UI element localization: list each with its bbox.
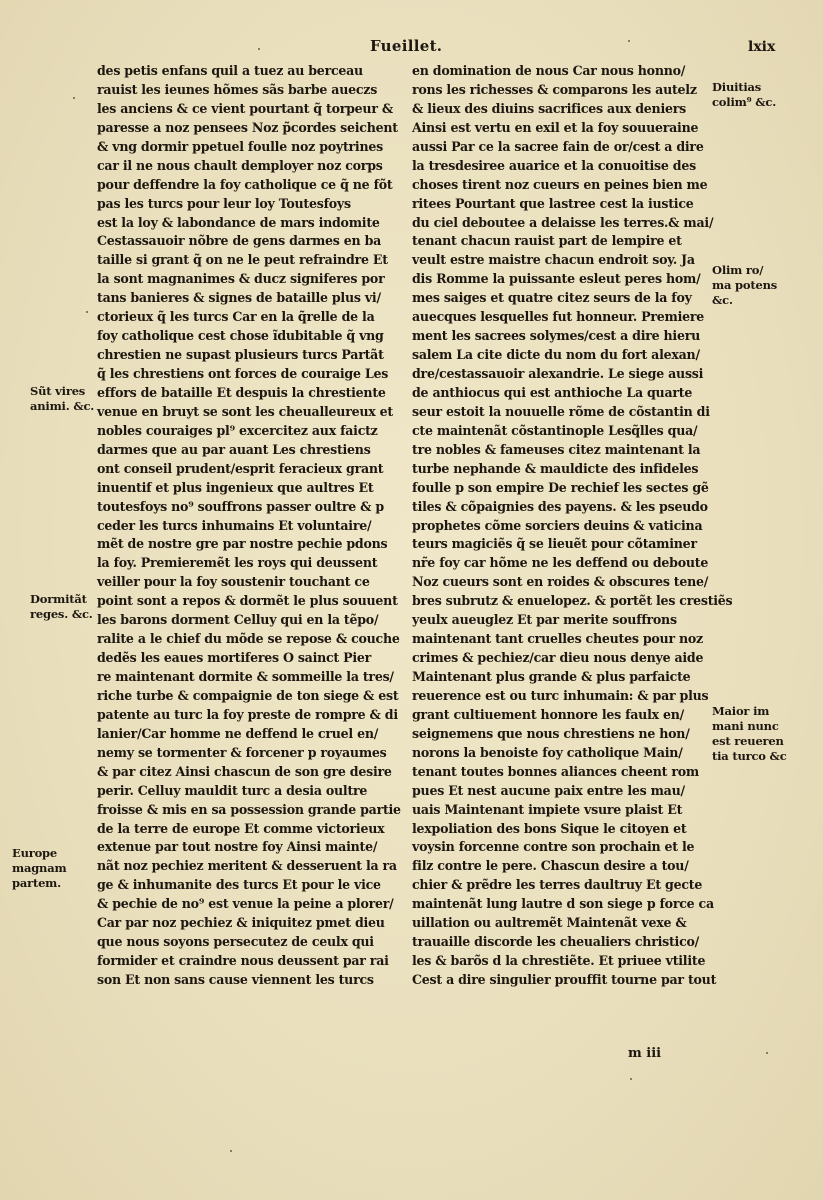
ink-speck <box>258 48 260 50</box>
text-line: foy catholique cest chose ĩdubitable q̃ … <box>97 327 407 346</box>
folio-number: lxix <box>748 39 775 55</box>
text-line: chrestien ne supast plusieurs turcs Part… <box>97 346 407 365</box>
margin-note-line: Diuitias <box>712 80 776 95</box>
text-line: nãt noz pechiez meritent & desseruent la… <box>97 857 407 876</box>
text-line: venue en bruyt se sont les cheualleureux… <box>97 403 407 422</box>
text-line: car il ne nous chault demployer noz corp… <box>97 157 407 176</box>
text-line: nemy se tormenter & forcener p royaumes <box>97 744 407 763</box>
text-column-left: des petis enfans quil a tuez au berceaur… <box>97 62 407 990</box>
margin-note-line: Sũt vires <box>30 384 94 399</box>
text-line: ritees Pourtant que lastree cest la iust… <box>412 195 702 214</box>
text-line: la foy. Premieremẽt les roys qui deussen… <box>97 554 407 573</box>
text-line: son Et non sans cause viennent les turcs <box>97 971 407 990</box>
margin-note-right-1: Diuitias colim⁹ &c. <box>712 80 776 110</box>
text-line: & pechie de no⁹ est venue la peine a plo… <box>97 895 407 914</box>
text-line: turbe nephande & mauldicte des infideles <box>412 460 702 479</box>
margin-note-line: Olim ro/ <box>712 263 777 278</box>
text-line: effors de bataille Et despuis la chresti… <box>97 384 407 403</box>
text-line: tenant chacun rauist part de lempire et <box>412 232 702 251</box>
text-line: maintenant tant cruelles cheutes pour no… <box>412 630 702 649</box>
margin-note-line: animi. &c. <box>30 399 94 414</box>
text-line: & lieux des diuins sacrifices aux denier… <box>412 100 702 119</box>
margin-note-line: magnam <box>12 861 66 876</box>
text-line: ctorieux q̃ les turcs Car en la q̃relle … <box>97 308 407 327</box>
text-line: tans banieres & signes de bataille plus … <box>97 289 407 308</box>
text-line: yeulx aueuglez Et par merite souffrons <box>412 611 702 630</box>
text-line: q̃ les chrestiens ont forces de couraige… <box>97 365 407 384</box>
margin-note-left-1: Sũt vires animi. &c. <box>30 384 94 414</box>
text-line: du ciel deboutee a delaisse les terres.&… <box>412 214 702 233</box>
text-line: froisse & mis en sa possession grande pa… <box>97 801 407 820</box>
text-line: aussi Par ce la sacree fain de or/cest a… <box>412 138 702 157</box>
text-line: chier & prẽdre les terres daultruy Et ge… <box>412 876 702 895</box>
text-line: la sont magnanimes & ducz signiferes por <box>97 270 407 289</box>
margin-note-left-2: Dormitãt reges. &c. <box>30 592 93 622</box>
text-line: pour deffendre la foy catholique ce q̃ n… <box>97 176 407 195</box>
margin-note-right-2: Olim ro/ ma potens &c. <box>712 263 777 308</box>
ink-speck <box>628 40 630 42</box>
text-line: ge & inhumanite des turcs Et pour le vic… <box>97 876 407 895</box>
text-line: auecques lesquelles fut honneur. Premier… <box>412 308 702 327</box>
text-line: & par citez Ainsi chascun de son gre des… <box>97 763 407 782</box>
text-line: riche turbe & compaignie de ton siege & … <box>97 687 407 706</box>
text-line: taille si grant q̃ on ne le peut refrain… <box>97 251 407 270</box>
text-line: toutesfoys no⁹ souffrons passer oultre &… <box>97 498 407 517</box>
text-column-right: en domination de nous Car nous honno/ron… <box>412 62 702 990</box>
text-line: cte maintenãt cõstantinople Lesq̃lles qu… <box>412 422 702 441</box>
text-line: point sont a repos & dormẽt le plus souu… <box>97 592 407 611</box>
text-line: bres subrutz & enuelopez. & portẽt les c… <box>412 592 702 611</box>
text-line: choses tirent noz cueurs en peines bien … <box>412 176 702 195</box>
text-line: uais Maintenant impiete vsure plaist Et <box>412 801 702 820</box>
text-line: les & barõs d la chrestiẽte. Et priuee v… <box>412 952 702 971</box>
text-line: lanier/Car homme ne deffend le cruel en/ <box>97 725 407 744</box>
text-line: seur estoit la nouuelle rõme de cõstanti… <box>412 403 702 422</box>
text-line: est la loy & labondance de mars indomite <box>97 214 407 233</box>
text-line: teurs magiciẽs q̃ se lieuẽt pour cõtamin… <box>412 535 702 554</box>
text-line: mẽt de nostre gre par nostre pechie pdon… <box>97 535 407 554</box>
text-line: ralite a le chief du mõde se repose & co… <box>97 630 407 649</box>
margin-note-line: Europe <box>12 846 66 861</box>
text-line: ceder les turcs inhumains Et voluntaire/ <box>97 517 407 536</box>
margin-note-line: mani nunc <box>712 719 787 734</box>
margin-note-line: Dormitãt <box>30 592 93 607</box>
text-line: patente au turc la foy preste de rompre … <box>97 706 407 725</box>
text-line: Noz cueurs sont en roides & obscures ten… <box>412 573 702 592</box>
margin-note-line: partem. <box>12 876 66 891</box>
text-line: lexpoliation des bons Sique le citoyen e… <box>412 820 702 839</box>
signature-mark: m iii <box>628 1046 661 1061</box>
margin-note-line: Maior im <box>712 704 787 719</box>
text-line: que nous soyons persecutez de ceulx qui <box>97 933 407 952</box>
text-line: darmes que au par auant Les chrestiens <box>97 441 407 460</box>
text-line: paresse a noz pensees Noz p̃cordes seich… <box>97 119 407 138</box>
ink-speck <box>86 311 88 313</box>
ink-speck <box>766 1052 768 1054</box>
margin-note-line: est reueren <box>712 734 787 749</box>
text-line: extenue par tout nostre foy Ainsi mainte… <box>97 838 407 857</box>
text-line: salem La cite dicte du nom du fort alexa… <box>412 346 702 365</box>
text-line: Ainsi est vertu en exil et la foy souuer… <box>412 119 702 138</box>
text-line: dedẽs les eaues mortiferes O sainct Pier <box>97 649 407 668</box>
text-line: Maintenant plus grande & plus parfaicte <box>412 668 702 687</box>
text-line: de anthiocus qui est anthioche La quarte <box>412 384 702 403</box>
text-line: Car par noz pechiez & iniquitez pmet die… <box>97 914 407 933</box>
text-line: voysin forcenne contre son prochain et l… <box>412 838 702 857</box>
text-line: les anciens & ce vient pourtant q̃ torpe… <box>97 100 407 119</box>
text-line: des petis enfans quil a tuez au berceau <box>97 62 407 81</box>
text-line: nobles couraiges pl⁹ excercitez aux faic… <box>97 422 407 441</box>
text-line: maintenãt lung lautre d son siege p forc… <box>412 895 702 914</box>
text-line: inuentif et plus ingenieux que aultres E… <box>97 479 407 498</box>
text-line: mes saiges et quatre citez seurs de la f… <box>412 289 702 308</box>
text-line: perir. Celluy mauldit turc a desia oultr… <box>97 782 407 801</box>
text-line: tre nobles & fameuses citez maintenant l… <box>412 441 702 460</box>
text-line: crimes & pechiez/car dieu nous denye aid… <box>412 649 702 668</box>
margin-note-line: reges. &c. <box>30 607 93 622</box>
margin-note-line: colim⁹ &c. <box>712 95 776 110</box>
text-line: & vng dormir ppetuel foulle noz poytrine… <box>97 138 407 157</box>
text-line: tiles & cõpaignies des payens. & les pse… <box>412 498 702 517</box>
text-line: ment les sacrees solymes/cest a dire hie… <box>412 327 702 346</box>
text-line: veiller pour la foy soustenir touchant c… <box>97 573 407 592</box>
text-line: formider et craindre nous deussent par r… <box>97 952 407 971</box>
text-line: dre/cestassauoir alexandrie. Le siege au… <box>412 365 702 384</box>
ink-speck <box>630 1078 632 1080</box>
ink-speck <box>73 97 75 99</box>
margin-note-left-3: Europe magnam partem. <box>12 846 66 891</box>
text-line: filz contre le pere. Chascun desire a to… <box>412 857 702 876</box>
text-line: veult estre maistre chacun endroit soy. … <box>412 251 702 270</box>
text-line: rons les richesses & comparons les autel… <box>412 81 702 100</box>
text-line: reuerence est ou turc inhumain: & par pl… <box>412 687 702 706</box>
text-line: foulle p son empire De rechief les secte… <box>412 479 702 498</box>
text-line: de la terre de europe Et comme victorieu… <box>97 820 407 839</box>
text-line: seignemens que nous chrestiens ne hon/ <box>412 725 702 744</box>
text-line: la tresdesiree auarice et la conuoitise … <box>412 157 702 176</box>
text-line: trauaille discorde les cheualiers christ… <box>412 933 702 952</box>
margin-note-line: tia turco &c <box>712 749 787 764</box>
text-line: tenant toutes bonnes aliances cheent rom <box>412 763 702 782</box>
ink-speck <box>230 1150 232 1152</box>
text-line: Cestassauoir nõbre de gens darmes en ba <box>97 232 407 251</box>
margin-note-line: &c. <box>712 293 777 308</box>
text-line: re maintenant dormite & sommeille la tre… <box>97 668 407 687</box>
text-line: Cest a dire singulier prouffit tourne pa… <box>412 971 702 990</box>
text-line: en domination de nous Car nous honno/ <box>412 62 702 81</box>
text-line: pas les turcs pour leur loy Toutesfoys <box>97 195 407 214</box>
text-line: ont conseil prudent/esprit feracieux gra… <box>97 460 407 479</box>
text-line: norons la benoiste foy catholique Main/ <box>412 744 702 763</box>
text-line: pues Et nest aucune paix entre les mau/ <box>412 782 702 801</box>
text-line: nr̃e foy car hõme ne les deffend ou debo… <box>412 554 702 573</box>
text-line: les barons dorment Celluy qui en la tẽpo… <box>97 611 407 630</box>
text-line: rauist les ieunes hõmes sãs barbe aueczs <box>97 81 407 100</box>
text-line: dis Romme la puissante esleut peres hom/ <box>412 270 702 289</box>
margin-note-line: ma potens <box>712 278 777 293</box>
margin-note-right-3: Maior im mani nunc est reueren tia turco… <box>712 704 787 764</box>
text-line: uillation ou aultremẽt Maintenãt vexe & <box>412 914 702 933</box>
text-line: prophetes cõme sorciers deuins & vaticin… <box>412 517 702 536</box>
text-line: grant cultiuement honnore les faulx en/ <box>412 706 702 725</box>
running-head: Fueillet. <box>370 37 442 55</box>
